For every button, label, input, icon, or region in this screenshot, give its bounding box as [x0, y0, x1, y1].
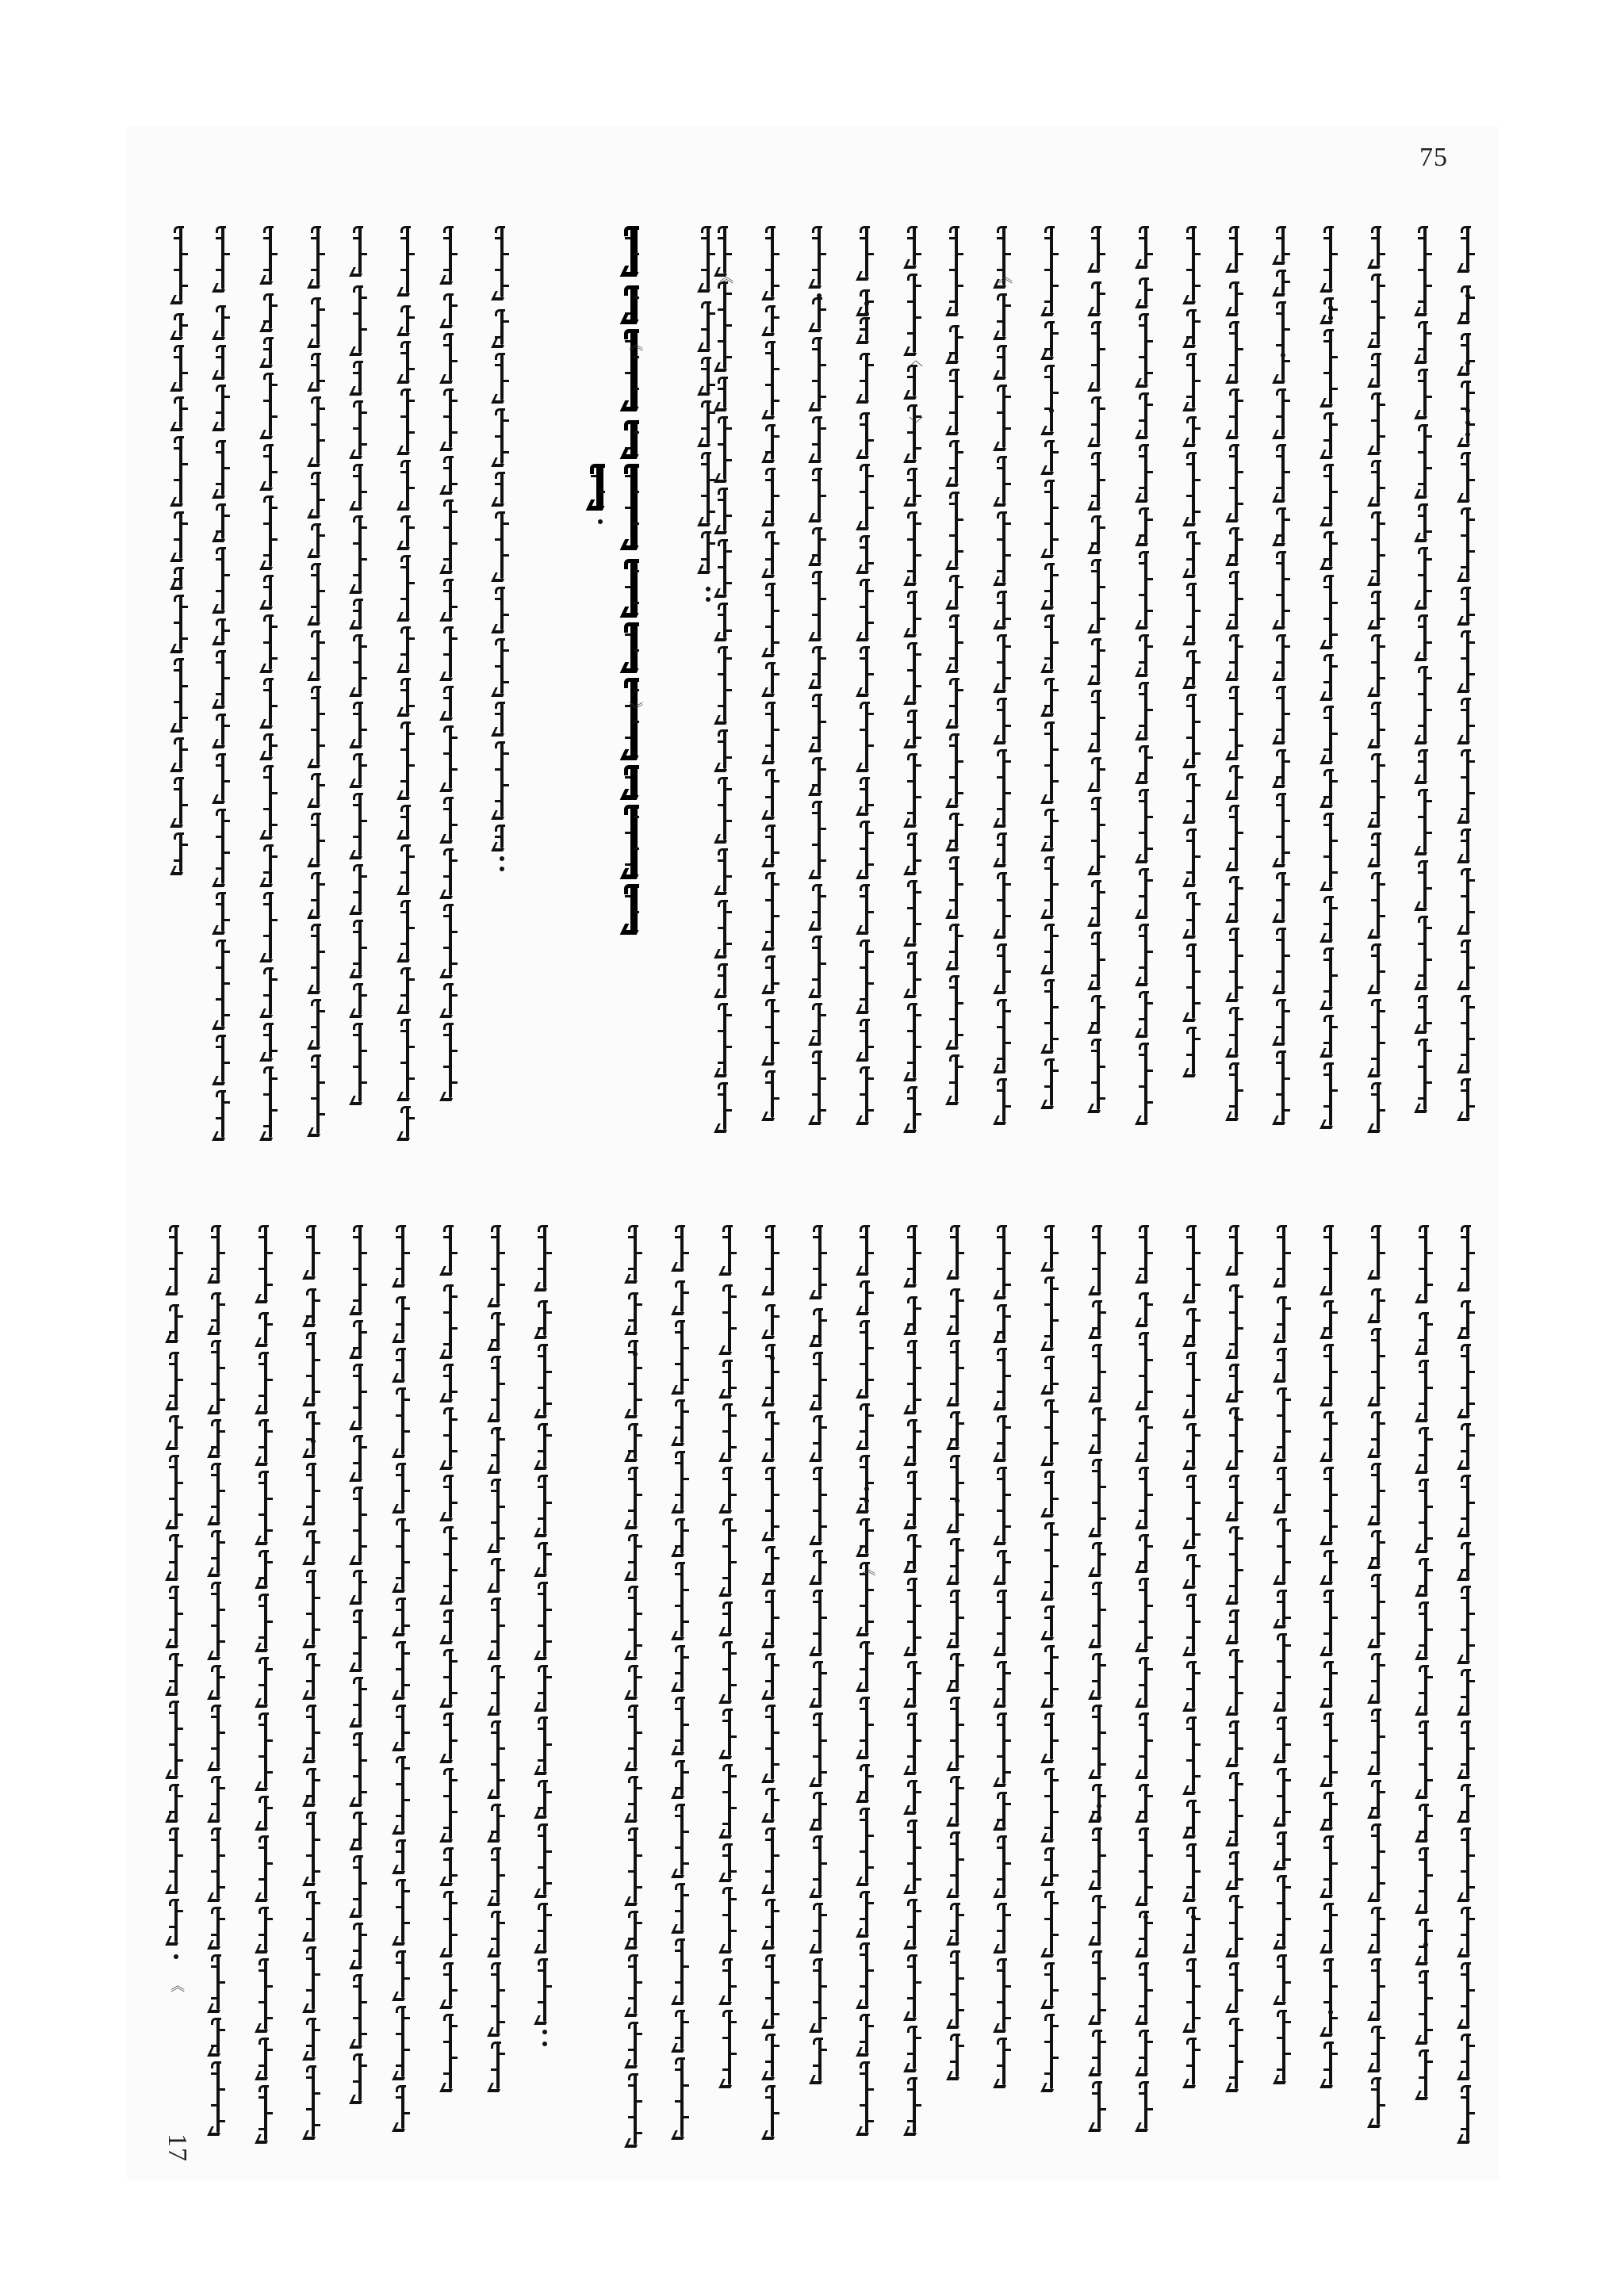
letter-tooth [1469, 1502, 1475, 1504]
word-glyph [1097, 1653, 1101, 1697]
letter-tooth [409, 1046, 415, 1048]
letter-tooth [774, 542, 779, 545]
letter-tooth [1186, 269, 1192, 271]
letter-tooth [1276, 415, 1281, 418]
letter-tooth [765, 1510, 771, 1512]
letter-tooth [949, 776, 955, 779]
word-glyph [1235, 1225, 1238, 1272]
word-glyph [358, 464, 362, 507]
letter-tooth [765, 744, 771, 747]
letter-tooth [765, 479, 771, 481]
letter-tooth [1195, 1565, 1201, 1567]
letter-tooth [1139, 455, 1144, 457]
word-glyph [913, 951, 916, 995]
letter-tooth [1285, 2053, 1291, 2055]
letter-tooth [916, 737, 921, 739]
letter-tooth [958, 253, 963, 255]
word-glyph [269, 844, 272, 884]
letter-tooth [409, 733, 415, 735]
letter-tooth [1229, 2076, 1235, 2079]
letter-tooth [263, 554, 269, 557]
word-glyph [1097, 559, 1100, 630]
letter-tooth [675, 2068, 680, 2071]
letter-tooth [500, 1323, 505, 1326]
letter-tooth [1186, 558, 1192, 561]
letter-tooth [1427, 253, 1432, 255]
letter-tooth [1139, 1621, 1144, 1623]
letter-tooth [1285, 1676, 1291, 1678]
letter-tooth [1186, 737, 1192, 739]
word-glyph [1144, 226, 1147, 266]
letter-tooth [1101, 2108, 1106, 2110]
word-glyph [543, 1475, 546, 1534]
letter-tooth [1469, 1854, 1475, 1857]
word-glyph [1050, 226, 1053, 313]
letter-tooth [718, 673, 723, 675]
word-glyph [771, 1070, 774, 1118]
letter-tooth [701, 237, 707, 239]
letter-tooth [267, 1323, 273, 1326]
letter-tooth [950, 1930, 956, 1932]
letter-tooth [182, 804, 188, 806]
letter-tooth [726, 515, 732, 517]
word-glyph [312, 1705, 315, 1760]
letter-tooth [1229, 415, 1235, 418]
letter-tooth [404, 1430, 410, 1433]
letter-tooth [1044, 1918, 1050, 1920]
letter-tooth [396, 1850, 401, 1853]
letter-tooth [949, 1018, 955, 1020]
letter-tooth [1147, 578, 1153, 580]
word-glyph [316, 773, 320, 805]
letter-tooth [1005, 1561, 1011, 1563]
letter-tooth [404, 1767, 410, 1770]
letter-tooth [1195, 1252, 1201, 1254]
letter-tooth [1195, 2017, 1201, 2019]
letter-tooth [675, 1573, 680, 1575]
letter-tooth [949, 380, 955, 382]
letter-tooth [1418, 1066, 1423, 1068]
letter-tooth [1332, 1914, 1338, 1916]
letter-tooth [409, 487, 415, 489]
word-glyph [543, 1716, 546, 1772]
letter-tooth [272, 626, 278, 628]
letter-tooth [726, 1109, 732, 1112]
letter-tooth [958, 550, 963, 553]
word-glyph [216, 1907, 220, 1946]
letter-tooth [443, 875, 449, 878]
letter-tooth [1005, 760, 1011, 763]
letter-tooth [1371, 1557, 1377, 1559]
letter-tooth [272, 415, 278, 418]
letter-tooth [362, 2001, 367, 2003]
letter-tooth [320, 499, 325, 501]
word-glyph [1423, 369, 1427, 416]
word-glyph [1097, 1542, 1101, 1574]
letter-tooth [1229, 816, 1235, 818]
letter-tooth [1195, 511, 1201, 513]
letter-tooth [491, 1521, 496, 1524]
letter-tooth [538, 1807, 543, 1809]
word-glyph [543, 1423, 546, 1467]
letter-tooth [546, 1502, 552, 1504]
letter-tooth [916, 1636, 921, 1639]
letter-tooth [1229, 1799, 1235, 1801]
word-glyph [707, 301, 710, 349]
word-glyph [728, 2010, 731, 2085]
letter-tooth [1380, 554, 1385, 557]
letter-tooth [860, 423, 865, 426]
letter-tooth [1285, 253, 1290, 255]
word-glyph [1192, 452, 1195, 523]
letter-tooth [1139, 725, 1144, 727]
letter-tooth [353, 1704, 358, 1706]
letter-tooth [491, 1268, 496, 1270]
letter-tooth [443, 344, 449, 346]
letter-tooth [396, 1906, 401, 1908]
letter-tooth [211, 2045, 216, 2047]
letter-tooth [1277, 1843, 1282, 1845]
letter-tooth [1380, 1850, 1385, 1853]
letter-tooth [1332, 1803, 1338, 1805]
letter-tooth [1238, 832, 1243, 834]
punctuation-dot [864, 312, 869, 316]
letter-tooth [1091, 602, 1097, 604]
letter-tooth [362, 1636, 367, 1639]
letter-tooth [409, 582, 415, 584]
word-glyph [1424, 1804, 1427, 1839]
word-glyph [1377, 1328, 1380, 1403]
letter-tooth [1053, 1442, 1059, 1445]
letter-tooth [1469, 966, 1475, 969]
word-glyph [401, 1463, 404, 1510]
letter-tooth [765, 1268, 771, 1270]
letter-tooth [220, 2029, 225, 2031]
word-glyph [1281, 872, 1285, 920]
word-glyph [913, 1661, 916, 1705]
letter-tooth [1461, 1387, 1466, 1389]
word-glyph [264, 1712, 267, 1788]
letter-tooth [1053, 253, 1059, 255]
text-column: 《 [856, 1225, 877, 2145]
word-glyph [818, 1003, 821, 1043]
letter-tooth [1277, 1692, 1282, 1694]
word-glyph [818, 1792, 822, 1827]
word-glyph [1377, 753, 1380, 825]
letter-tooth [722, 1430, 728, 1433]
letter-tooth [1139, 800, 1144, 802]
letter-tooth [452, 304, 458, 307]
letter-tooth [400, 994, 406, 997]
word-glyph [1050, 856, 1053, 916]
letter-tooth [1005, 304, 1011, 307]
letter-tooth [224, 919, 230, 921]
word-glyph [1002, 2038, 1005, 2085]
letter-tooth [1461, 237, 1466, 239]
letter-tooth [907, 1621, 913, 1623]
letter-tooth [452, 360, 458, 362]
letter-tooth [684, 2021, 689, 2023]
letter-tooth [306, 1581, 312, 1583]
letter-tooth [997, 1058, 1002, 1060]
letter-tooth [1276, 455, 1281, 457]
letter-tooth [1044, 1672, 1050, 1674]
letter-tooth [1053, 507, 1059, 509]
letter-tooth [1285, 713, 1290, 715]
letter-tooth [1323, 507, 1329, 509]
letter-tooth [1229, 939, 1235, 941]
letter-tooth [1427, 2029, 1433, 2031]
letter-tooth [868, 2088, 874, 2091]
letter-tooth [813, 1878, 818, 1881]
letter-tooth [1229, 1553, 1235, 1556]
letter-tooth [1285, 883, 1290, 886]
letter-tooth [182, 408, 188, 410]
letter-tooth [174, 859, 179, 862]
letter-tooth [311, 899, 316, 901]
letter-tooth [267, 1252, 273, 1254]
letter-tooth [306, 2045, 312, 2047]
letter-tooth [1427, 1997, 1433, 1999]
letter-tooth [722, 1478, 728, 1480]
letter-tooth [1332, 423, 1338, 426]
word-glyph [1050, 809, 1053, 848]
letter-tooth [315, 1732, 320, 1734]
letter-tooth [1380, 1541, 1385, 1544]
letter-tooth [538, 1593, 543, 1595]
letter-tooth [1461, 2005, 1466, 2007]
letter-tooth [1469, 2112, 1475, 2114]
letter-tooth [443, 808, 449, 810]
word-glyph [955, 813, 958, 848]
word-glyph [865, 1403, 868, 1447]
letter-tooth [1238, 598, 1243, 600]
word-glyph [358, 2053, 362, 2101]
letter-tooth [731, 1898, 737, 1900]
letter-tooth [1147, 404, 1153, 406]
word-glyph [401, 1705, 404, 1748]
letter-tooth [1091, 701, 1097, 703]
letter-tooth [916, 891, 921, 894]
letter-tooth [1380, 1601, 1385, 1603]
letter-tooth [500, 2021, 505, 2023]
letter-tooth [625, 312, 630, 315]
letter-tooth [409, 368, 415, 370]
letter-tooth [628, 1803, 634, 1805]
letter-tooth [216, 836, 221, 838]
letter-tooth [625, 372, 630, 374]
letter-tooth [1276, 729, 1281, 731]
letter-tooth [220, 1918, 225, 1920]
letter-tooth [495, 665, 500, 668]
letter-tooth [211, 1446, 216, 1448]
letter-tooth [443, 653, 449, 656]
letter-tooth [868, 475, 874, 477]
letter-tooth [216, 411, 221, 414]
letter-tooth [1139, 1510, 1144, 1512]
letter-tooth [178, 1252, 183, 1254]
letter-tooth [443, 1973, 449, 1976]
letter-tooth [452, 768, 458, 771]
word-glyph [221, 618, 224, 642]
letter-tooth [353, 427, 358, 430]
letter-tooth [1332, 633, 1338, 636]
word-glyph [1002, 345, 1005, 377]
letter-tooth [224, 1014, 230, 1016]
letter-tooth [821, 364, 826, 366]
letter-tooth [1195, 542, 1201, 545]
text-column [1320, 1225, 1341, 2145]
letter-tooth [950, 1383, 956, 1385]
letter-tooth [259, 2001, 264, 2003]
letter-tooth [1195, 721, 1201, 723]
letter-tooth [320, 308, 325, 311]
letter-tooth [362, 1446, 367, 1448]
letter-tooth [1332, 1026, 1338, 1028]
letter-tooth [259, 1724, 264, 1726]
letter-tooth [722, 1914, 728, 1916]
letter-tooth [1101, 1854, 1106, 1857]
letter-tooth [174, 578, 179, 580]
letter-tooth [1461, 895, 1466, 897]
letter-tooth [1277, 1414, 1282, 1417]
letter-tooth [1147, 1922, 1153, 1924]
word-glyph [401, 1879, 404, 1942]
letter-tooth [1323, 1601, 1329, 1603]
letter-tooth [315, 1973, 320, 1976]
quotation-mark: 《 [627, 337, 642, 351]
letter-tooth [1186, 986, 1192, 989]
letter-tooth [1276, 661, 1281, 664]
letter-tooth [1461, 1089, 1466, 1092]
letter-tooth [452, 431, 458, 434]
letter-tooth [1323, 959, 1329, 961]
text-column [994, 1225, 1014, 2145]
letter-tooth [400, 871, 406, 874]
letter-tooth [1238, 1089, 1243, 1092]
word-glyph [216, 1292, 220, 1332]
letter-tooth [182, 463, 188, 465]
letter-tooth [1371, 1617, 1377, 1619]
letter-tooth [959, 1549, 964, 1552]
letter-tooth [1238, 253, 1243, 255]
word-glyph [316, 872, 320, 916]
letter-tooth [1005, 677, 1011, 679]
letter-tooth [1238, 955, 1243, 957]
letter-tooth [1238, 1815, 1243, 1817]
letter-tooth [267, 1862, 273, 1865]
letter-tooth [362, 1759, 367, 1762]
letter-tooth [1469, 1402, 1475, 1405]
letter-tooth [315, 2092, 320, 2095]
letter-tooth [774, 1422, 779, 1425]
letter-tooth [1092, 1716, 1097, 1718]
letter-tooth [1147, 253, 1153, 255]
word-glyph [1423, 860, 1427, 908]
word-glyph [1002, 1078, 1005, 1122]
word-glyph [1192, 1475, 1195, 1546]
letter-tooth [216, 237, 221, 239]
letter-tooth [722, 1613, 728, 1615]
word-glyph [728, 1403, 731, 1459]
letter-tooth [1195, 855, 1201, 858]
letter-tooth [813, 1688, 818, 1690]
letter-tooth [675, 1739, 680, 1742]
letter-tooth [675, 1462, 680, 1464]
word-glyph [221, 345, 224, 377]
word-glyph [771, 1304, 774, 1336]
word-glyph [358, 1812, 362, 1847]
word-glyph [1002, 1348, 1005, 1407]
letter-tooth [1044, 867, 1050, 870]
letter-tooth [1380, 1918, 1385, 1920]
word-glyph [543, 1665, 546, 1709]
letter-tooth [958, 396, 963, 398]
letter-tooth [538, 1450, 543, 1452]
letter-tooth [1285, 1307, 1291, 1310]
letter-tooth [1332, 1985, 1338, 1988]
letter-tooth [950, 2061, 956, 2063]
word-glyph [1097, 515, 1100, 551]
letter-tooth [169, 1743, 174, 1746]
letter-tooth [267, 2049, 273, 2051]
letter-tooth [916, 1367, 921, 1369]
letter-tooth [538, 1866, 543, 1869]
letter-tooth [860, 1739, 865, 1742]
letter-tooth [916, 1430, 921, 1433]
word-glyph [1282, 1467, 1285, 1510]
letter-tooth [1276, 1093, 1281, 1096]
letter-tooth [443, 1621, 449, 1623]
letter-tooth [1238, 503, 1243, 505]
letter-tooth [907, 1589, 913, 1591]
word-glyph [956, 1831, 959, 1895]
letter-tooth [684, 1347, 689, 1349]
letter-tooth [1285, 610, 1290, 612]
letter-tooth [868, 744, 874, 747]
letter-tooth [1101, 1609, 1106, 1611]
letter-tooth [272, 744, 278, 747]
letter-tooth [774, 851, 779, 854]
letter-tooth [1092, 1922, 1097, 1924]
letter-tooth [1418, 237, 1423, 239]
word-glyph [1144, 991, 1147, 1035]
word-glyph [174, 1225, 178, 1292]
letter-tooth [546, 1402, 552, 1405]
word-glyph [1466, 868, 1469, 932]
letter-tooth [443, 947, 449, 949]
letter-tooth [718, 443, 723, 446]
letter-tooth [452, 2025, 458, 2027]
letter-tooth [907, 780, 913, 783]
letter-tooth [404, 1529, 410, 1532]
letter-tooth [259, 1236, 264, 1238]
word-glyph [1002, 999, 1005, 1070]
word-glyph [1097, 932, 1100, 987]
letter-tooth [675, 2037, 680, 2039]
letter-tooth [404, 2017, 410, 2019]
letter-tooth [625, 737, 630, 739]
letter-tooth [1469, 297, 1475, 299]
letter-tooth [1371, 2088, 1377, 2091]
word-glyph [449, 226, 452, 281]
letter-tooth [1044, 705, 1050, 707]
word-glyph [680, 2057, 684, 2137]
letter-tooth [625, 633, 630, 636]
word-glyph [269, 765, 272, 836]
letter-tooth [1005, 1739, 1011, 1742]
letter-tooth [959, 1664, 964, 1667]
